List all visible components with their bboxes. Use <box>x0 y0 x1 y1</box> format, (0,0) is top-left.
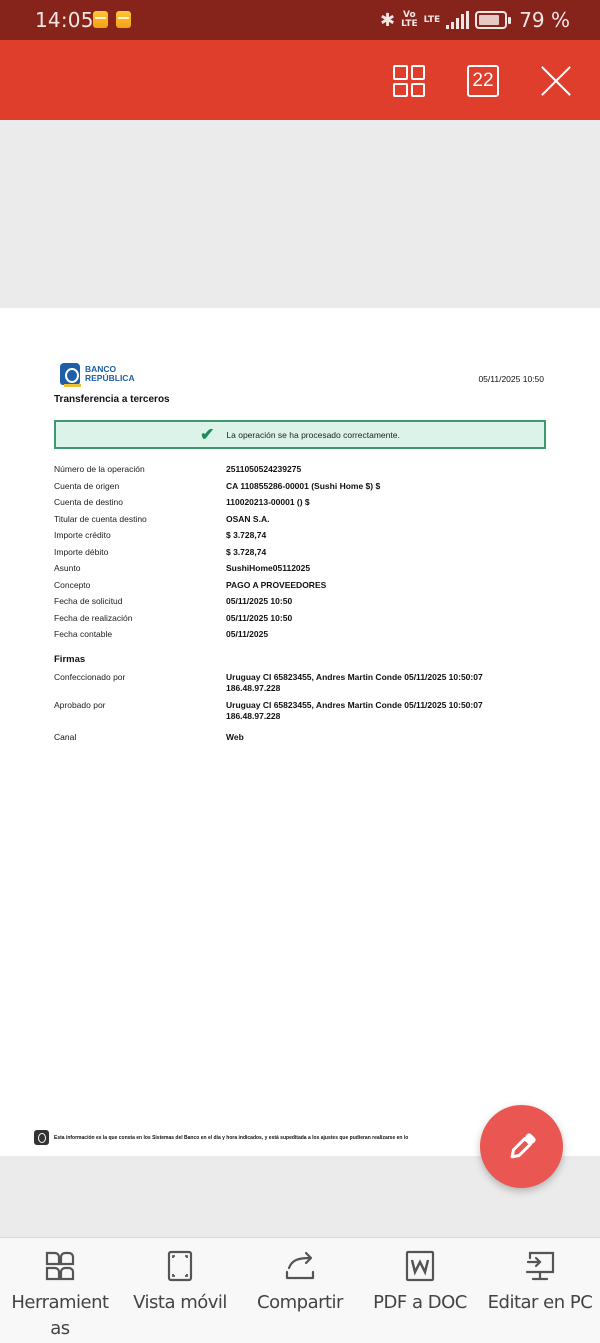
detail-value: SushiHome05112025 <box>226 563 310 573</box>
footer-disclaimer: Esta información es la que consta en los… <box>34 1130 484 1145</box>
detail-row: Importe débito$ 3.728,74 <box>54 547 554 564</box>
mobile-view-label: Vista móvil <box>120 1290 240 1316</box>
notification-icon <box>93 11 108 28</box>
word-doc-icon <box>404 1250 436 1282</box>
detail-label: Número de la operación <box>54 464 145 474</box>
grid-icon <box>393 65 425 97</box>
signature-label: Aprobado por <box>54 700 106 710</box>
status-indicators: ✱ VoLTE LTE 79 % <box>380 7 570 33</box>
detail-value: OSAN S.A. <box>226 514 269 524</box>
pdf-to-doc-button[interactable]: PDF a DOC <box>360 1238 480 1343</box>
status-time: 14:05 <box>35 8 94 32</box>
detail-label: Cuenta de origen <box>54 481 119 491</box>
bank-small-logo-icon <box>34 1130 49 1145</box>
channel-label: Canal <box>54 732 76 742</box>
detail-value: 05/11/2025 10:50 <box>226 596 292 606</box>
detail-value: CA 110855286-00001 (Sushi Home $) $ <box>226 481 380 491</box>
detail-value: 110020213-00001 () $ <box>226 497 310 507</box>
bank-logo: BANCO REPÚBLICA <box>60 363 135 385</box>
detail-row: Importe crédito$ 3.728,74 <box>54 530 554 547</box>
detail-row: AsuntoSushiHome05112025 <box>54 563 554 580</box>
signal-icon <box>446 11 469 29</box>
page-count-button[interactable]: 22 <box>466 64 500 98</box>
detail-label: Fecha de solicitud <box>54 596 123 606</box>
edit-on-pc-label: Editar en PC <box>480 1290 600 1316</box>
thumbnails-button[interactable] <box>392 64 426 98</box>
mobile-view-icon <box>164 1250 196 1282</box>
detail-label: Cuenta de destino <box>54 497 123 507</box>
status-bar: 14:05 ✱ VoLTE LTE 79 % <box>0 0 600 40</box>
battery-icon <box>475 11 507 29</box>
bank-name-line2: REPÚBLICA <box>85 373 135 383</box>
channel-row: Canal Web <box>54 732 554 744</box>
document-date: 05/11/2025 10:50 <box>478 374 544 384</box>
detail-row: Titular de cuenta destinoOSAN S.A. <box>54 514 554 531</box>
tools-button[interactable]: Herramientas <box>0 1238 120 1343</box>
signature-row: Aprobado porUruguay CI 65823455, Andres … <box>54 700 554 728</box>
mobile-view-button[interactable]: Vista móvil <box>120 1238 240 1343</box>
detail-label: Fecha contable <box>54 629 112 639</box>
signature-value: Uruguay CI 65823455, Andres Martin Conde… <box>226 700 483 721</box>
signature-line1: Uruguay CI 65823455, Andres Martin Conde… <box>226 700 483 710</box>
tools-label: Herramientas <box>0 1290 120 1342</box>
close-icon <box>540 65 572 97</box>
edit-fab-button[interactable] <box>480 1105 563 1188</box>
pdf-viewer-screen: 14:05 ✱ VoLTE LTE 79 % 22 BAN <box>0 0 600 1343</box>
detail-value: 05/11/2025 <box>226 629 268 639</box>
viewer-toolbar: 22 <box>0 40 600 120</box>
detail-value: 05/11/2025 10:50 <box>226 613 292 623</box>
success-banner: ✔ La operación se ha procesado correctam… <box>54 420 546 449</box>
detail-row: Cuenta de destino110020213-00001 () $ <box>54 497 554 514</box>
detail-label: Titular de cuenta destino <box>54 514 147 524</box>
volte-icon: VoLTE <box>401 11 418 29</box>
document-title: Transferencia a terceros <box>54 394 170 405</box>
checkmark-icon: ✔ <box>200 426 214 443</box>
detail-row: Cuenta de origenCA 110855286-00001 (Sush… <box>54 481 554 498</box>
bluetooth-icon: ✱ <box>380 10 395 31</box>
signatures-list: Confeccionado porUruguay CI 65823455, An… <box>54 672 554 728</box>
disclaimer-text: Esta información es la que consta en los… <box>54 1135 408 1141</box>
detail-row: ConceptoPAGO A PROVEEDORES <box>54 580 554 597</box>
detail-row: Número de la operación2511050524239275 <box>54 464 554 481</box>
bottom-action-bar: Herramientas Vista móvil Compartir PDF a… <box>0 1237 600 1343</box>
detail-value: $ 3.728,74 <box>226 530 266 540</box>
detail-row: Fecha de solicitud05/11/2025 10:50 <box>54 596 554 613</box>
pdf-page: BANCO REPÚBLICA 05/11/2025 10:50 Transfe… <box>0 308 600 1156</box>
signature-line1: Uruguay CI 65823455, Andres Martin Conde… <box>226 672 483 682</box>
detail-label: Importe débito <box>54 547 108 557</box>
success-message: La operación se ha procesado correctamen… <box>226 430 399 440</box>
detail-label: Fecha de realización <box>54 613 132 623</box>
signature-row: Confeccionado porUruguay CI 65823455, An… <box>54 672 554 700</box>
battery-percent: 79 % <box>519 8 570 32</box>
signature-ip: 186.48.97.228 <box>226 711 280 721</box>
signature-ip: 186.48.97.228 <box>226 683 280 693</box>
edit-on-pc-button[interactable]: Editar en PC <box>480 1238 600 1343</box>
signatures-title: Firmas <box>54 654 85 665</box>
bank-name: BANCO REPÚBLICA <box>85 365 135 383</box>
bank-logo-icon <box>60 363 80 385</box>
detail-value: 2511050524239275 <box>226 464 301 474</box>
close-button[interactable] <box>539 64 573 98</box>
detail-row: Fecha contable05/11/2025 <box>54 629 554 646</box>
detail-row: Fecha de realización05/11/2025 10:50 <box>54 613 554 630</box>
pdf-to-doc-label: PDF a DOC <box>360 1290 480 1316</box>
page-count-badge: 22 <box>467 65 499 97</box>
pencil-icon <box>504 1129 540 1165</box>
detail-value: $ 3.728,74 <box>226 547 266 557</box>
signature-label: Confeccionado por <box>54 672 125 682</box>
detail-label: Importe crédito <box>54 530 111 540</box>
signature-value: Uruguay CI 65823455, Andres Martin Conde… <box>226 672 483 693</box>
detail-value: PAGO A PROVEEDORES <box>226 580 326 590</box>
share-button[interactable]: Compartir <box>240 1238 360 1343</box>
notification-icon <box>116 11 131 28</box>
share-label: Compartir <box>240 1290 360 1316</box>
lte-icon: LTE <box>424 16 441 25</box>
detail-label: Concepto <box>54 580 90 590</box>
desktop-edit-icon <box>524 1250 556 1282</box>
detail-label: Asunto <box>54 563 80 573</box>
share-icon <box>284 1250 316 1282</box>
channel-value: Web <box>226 732 244 742</box>
tools-icon <box>44 1250 76 1282</box>
transfer-details: Número de la operación2511050524239275Cu… <box>54 464 554 646</box>
